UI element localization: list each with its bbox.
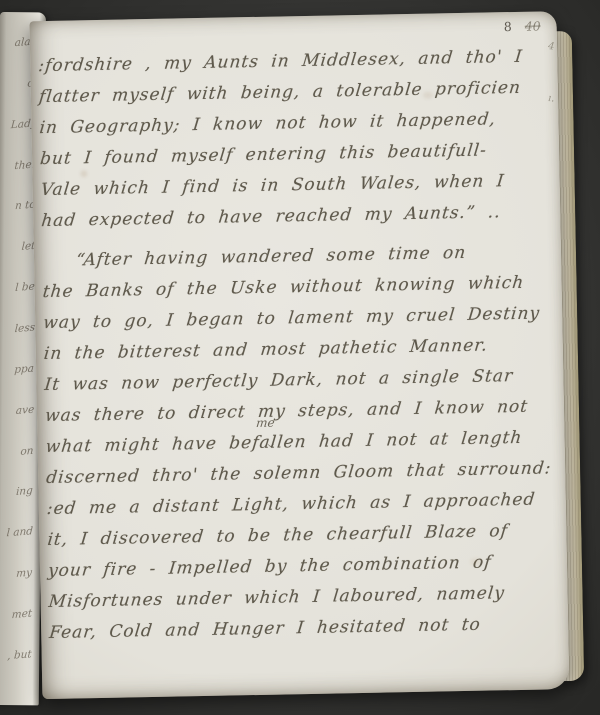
paragraph: :fordshire , my Aunts in Middlesex, and … xyxy=(38,41,558,237)
crossed-out-page-number: 40 xyxy=(525,18,541,33)
photographed-manuscript-scene: alanofLadythern toletl belessppaaveoning… xyxy=(0,0,600,715)
facing-page-text-fragment: l and xyxy=(6,525,33,539)
facing-page-text-fragment: , but xyxy=(7,648,32,662)
facing-page-text-fragment: ing xyxy=(16,485,34,498)
manuscript-page-wrap: 840 :fordshire , my Aunts in Middlesex, … xyxy=(29,11,584,707)
facing-page-text-fragment: l be xyxy=(15,281,35,295)
page-number: 8 xyxy=(504,19,512,34)
paper-stain xyxy=(80,170,87,177)
insertion-caret-icon: ^ xyxy=(266,437,275,448)
manuscript-page: 840 :fordshire , my Aunts in Middlesex, … xyxy=(29,11,569,699)
pagination: 840 xyxy=(504,18,541,34)
manuscript-text: :fordshire , my Aunts in Middlesex, and … xyxy=(38,41,566,649)
facing-page-text-fragment: less xyxy=(14,321,35,335)
facing-page-text-fragment: met xyxy=(11,607,32,621)
stray-ink-mark: 4 xyxy=(547,41,555,53)
facing-page-text-fragment: ppa xyxy=(14,362,34,376)
interlinear-insertion: me xyxy=(255,416,275,430)
facing-page-text-fragment: ave xyxy=(15,403,34,417)
paragraph: “After having wandered some time onthe B… xyxy=(42,236,567,649)
stray-ink-mark: ı. xyxy=(547,93,555,105)
facing-page-text-fragment: my xyxy=(16,567,33,580)
facing-page-text-fragment: on xyxy=(20,444,34,457)
